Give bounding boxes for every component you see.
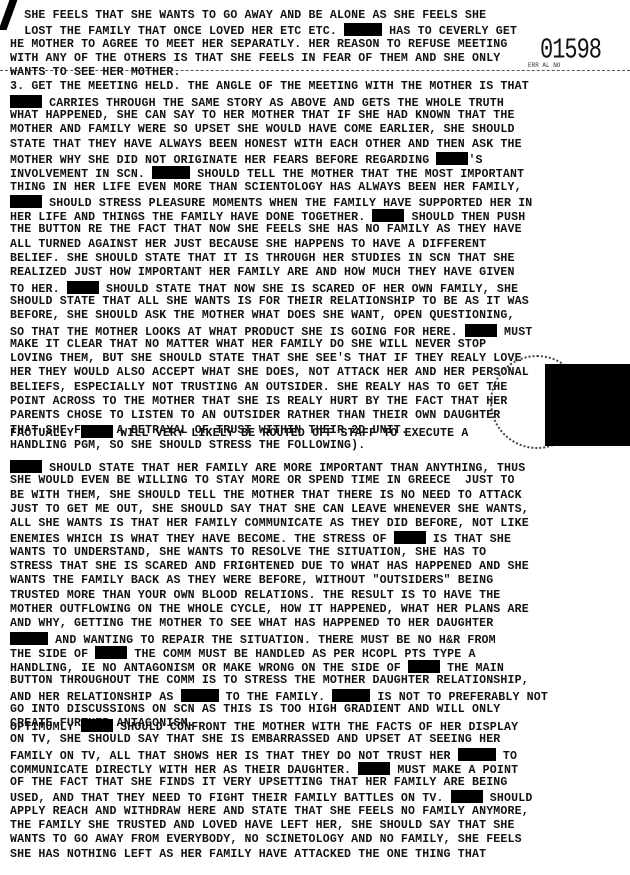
text-line: SHE WOULD EVEN BE WILLING TO STAY MORE O… — [10, 474, 630, 488]
text-segment: SHOULD — [483, 792, 533, 805]
text-line: MOTHER WHY SHE DID NOT ORIGINATE HER FEA… — [10, 152, 630, 166]
document-paragraph-4: OPTIMUMLY SHOULD CONFRONT THE MOTHER WIT… — [10, 719, 630, 862]
redaction-block — [95, 646, 127, 659]
text-segment: PARENTS CHOSE TO LISTEN TO AN OUTSIDER R… — [10, 409, 500, 422]
text-line: WANTS THE FAMILY BACK AS THEY WERE BEFOR… — [10, 574, 630, 588]
text-line: LOST THE FAMILY THAT ONCE LOVED HER ETC … — [10, 23, 630, 37]
redaction-block — [436, 152, 468, 165]
text-segment: SHOULD STATE THAT NOW SHE IS SCARED OF H… — [99, 283, 518, 296]
text-line: USED, AND THAT THEY NEED TO FIGHT THEIR … — [10, 790, 630, 804]
text-segment: OF THE FACT THAT SHE FINDS IT VERY UPSET… — [10, 776, 508, 789]
text-segment: SHOULD STATE THAT ALL SHE WANTS IS FOR T… — [10, 295, 529, 308]
text-line: AND HER RELATIONSHIP AS TO THE FAMILY. I… — [10, 689, 630, 703]
text-line: SHE FEELS THAT SHE WANTS TO GO AWAY AND … — [10, 9, 630, 23]
text-line: BE WITH THEM, SHE SHOULD TELL THE MOTHER… — [10, 489, 630, 503]
text-segment: SHE FEELS THAT SHE WANTS TO GO AWAY AND … — [10, 9, 486, 22]
text-segment: TO THE FAMILY. — [219, 691, 333, 704]
text-line: MOTHER AND FAMILY WERE SO UPSET SHE WOUL… — [10, 123, 630, 137]
text-line: THE FAMILY SHE TRUSTED AND LOVED HAVE LE… — [10, 819, 630, 833]
text-line: OF THE FACT THAT SHE FINDS IT VERY UPSET… — [10, 776, 630, 790]
text-line: COMMUNICATE DIRECTLY WITH HER AS THEIR D… — [10, 762, 630, 776]
text-segment: WANTS TO SEE HER MOTHER. — [10, 66, 181, 79]
text-segment: POINT ACROSS TO THE MOTHER THAT SHE IS R… — [10, 395, 508, 408]
text-line: SHE HAS NOTHING LEFT AS HER FAMILY HAVE … — [10, 848, 630, 862]
text-segment: SHOULD THEN PUSH — [404, 211, 525, 224]
text-segment: LOVING THEM, BUT SHE SHOULD STATE THAT S… — [10, 352, 522, 365]
text-segment: MOTHER OUTFLOWING ON THE WHOLE CYCLE, HO… — [10, 603, 529, 616]
text-line: REALIZED JUST HOW IMPORTANT HER FAMILY A… — [10, 266, 630, 280]
text-line: TRUSTED MORE THAN YOUR OWN BLOOD RELATIO… — [10, 589, 630, 603]
text-segment: GO INTO DISCUSSIONS ON SCN AS THIS IS TO… — [10, 703, 500, 716]
redaction-block — [458, 748, 496, 761]
text-line: SHOULD STATE THAT ALL SHE WANTS IS FOR T… — [10, 295, 630, 309]
redaction-block — [358, 762, 390, 775]
text-line: THE BUTTON RE THE FACT THAT NOW SHE FEEL… — [10, 223, 630, 237]
text-line: SHOULD STATE THAT HER FAMILY ARE MORE IM… — [10, 460, 630, 474]
text-segment: BEFORE, SHE SHOULD ASK THE MOTHER WHAT D… — [10, 309, 515, 322]
text-line: ON TV, SHE SHOULD SAY THAT SHE IS EMBARR… — [10, 733, 630, 747]
text-segment: OPTIMUMLY — [10, 721, 81, 734]
redaction-block — [181, 689, 219, 702]
document-paragraph-3: SHOULD STATE THAT HER FAMILY ARE MORE IM… — [10, 460, 630, 732]
text-segment: MOTHER WHY SHE DID NOT ORIGINATE HER FEA… — [10, 154, 436, 167]
text-segment: WILL VERY LIKELY BE ROUTED OFF STAFF TO … — [113, 427, 468, 440]
text-line: AND WHY, GETTING THE MOTHER TO SEE WHAT … — [10, 617, 630, 631]
redaction-block — [465, 324, 497, 337]
text-segment: CARRIES THROUGH THE SAME STORY AS ABOVE … — [42, 97, 504, 110]
text-segment: WITH ANY OF THE OTHERS IS THAT SHE FEELS… — [10, 52, 500, 65]
text-line: BELIEF. SHE SHOULD STATE THAT IT IS THRO… — [10, 252, 630, 266]
text-segment: WANTS TO GO AWAY FROM EVERYBODY, NO SCIN… — [10, 833, 522, 846]
text-segment: THE SIDE OF — [10, 648, 95, 661]
text-segment: THE FAMILY SHE TRUSTED AND LOVED HAVE LE… — [10, 819, 515, 832]
text-segment: APPLY REACH AND WITHDRAW HERE AND STATE … — [10, 805, 529, 818]
text-line: FAMILY ON TV, ALL THAT SHOWS HER IS THAT… — [10, 748, 630, 762]
text-segment: REALIZED JUST HOW IMPORTANT HER FAMILY A… — [10, 266, 515, 279]
text-segment: HER LIFE AND THINGS THE FAMILY HAVE DONE… — [10, 211, 372, 224]
text-segment: MAKE IT CLEAR THAT NO MATTER WHAT HER FA… — [10, 338, 486, 351]
text-segment: TO HER. — [10, 283, 67, 296]
text-segment: IS NOT TO PREFERABLY NOT — [370, 691, 548, 704]
text-segment: MUST MAKE A POINT — [390, 764, 518, 777]
redaction-block — [332, 689, 370, 702]
text-line: ENEMIES WHICH IS WHAT THEY HAVE BECOME. … — [10, 531, 630, 545]
text-segment: TRUSTED MORE THAN YOUR OWN BLOOD RELATIO… — [10, 589, 500, 602]
text-line: HANDLING, IE NO ANTAGONISM OR MAKE WRONG… — [10, 660, 630, 674]
text-segment: AND WANTING TO REPAIR THE SITUATION. THE… — [48, 634, 496, 647]
redaction-block — [394, 531, 426, 544]
text-segment: SHOULD STATE THAT HER FAMILY ARE MORE IM… — [42, 462, 525, 475]
text-segment: WANTS THE FAMILY BACK AS THEY WERE BEFOR… — [10, 574, 493, 587]
text-segment: THE COMM MUST BE HANDLED AS PER HCOPL PT… — [127, 648, 475, 661]
text-line: BEFORE, SHE SHOULD ASK THE MOTHER WHAT D… — [10, 309, 630, 323]
text-segment: SHOULD TELL THE MOTHER THAT THE MOST IMP… — [190, 168, 524, 181]
text-line: STRESS THAT SHE IS SCARED AND FRIGHTENED… — [10, 560, 630, 574]
text-line: HE MOTHER TO AGREE TO MEET HER SEPARATLY… — [10, 38, 630, 52]
text-segment: WANTS TO UNDERSTAND, SHE WANTS TO RESOLV… — [10, 546, 486, 559]
text-segment: THE MAIN — [440, 662, 504, 675]
text-segment: ENEMIES WHICH IS WHAT THEY HAVE BECOME. … — [10, 533, 394, 546]
text-line: THING IN HER LIFE EVEN MORE THAN SCIENTO… — [10, 181, 630, 195]
text-line: APPLY REACH AND WITHDRAW HERE AND STATE … — [10, 805, 630, 819]
text-segment: BELIEF. SHE SHOULD STATE THAT IT IS THRO… — [10, 252, 515, 265]
redaction-block — [344, 23, 382, 36]
text-line: STATE THAT THEY HAVE ALWAYS BEEN HONEST … — [10, 138, 630, 152]
text-segment: BUTTON THROUGHOUT THE COMM IS TO STRESS … — [10, 674, 529, 687]
text-line: SO THAT THE MOTHER LOOKS AT WHAT PRODUCT… — [10, 324, 630, 338]
text-segment: WHAT HAPPENED, SHE CAN SAY TO HER MOTHER… — [10, 109, 515, 122]
text-segment: IS THAT SHE — [426, 533, 511, 546]
text-segment: 3. GET THE MEETING HELD. THE ANGLE OF TH… — [10, 80, 529, 93]
redaction-block — [10, 460, 42, 473]
redaction-block — [372, 209, 404, 222]
text-segment: AND HER RELATIONSHIP AS — [10, 691, 181, 704]
text-line: THE SIDE OF THE COMM MUST BE HANDLED AS … — [10, 646, 630, 660]
scanned-document-page: SHE FEELS THAT SHE WANTS TO GO AWAY AND … — [0, 0, 630, 875]
text-segment: USED, AND THAT THEY NEED TO FIGHT THEIR … — [10, 792, 451, 805]
redaction-block — [81, 425, 113, 438]
text-line: BUTTON THROUGHOUT THE COMM IS TO STRESS … — [10, 674, 630, 688]
text-segment: LOST THE FAMILY THAT ONCE LOVED HER ETC … — [10, 25, 344, 38]
redaction-block — [10, 195, 42, 208]
text-line: SHOULD STRESS PLEASURE MOMENTS WHEN THE … — [10, 195, 630, 209]
redaction-block — [10, 632, 48, 645]
redaction-block — [152, 166, 190, 179]
text-segment: ALL SHE WANTS IS THAT HER FAMILY COMMUNI… — [10, 517, 529, 530]
text-segment: STATE THAT THEY HAVE ALWAYS BEEN HONEST … — [10, 138, 522, 151]
text-segment: SHE WOULD EVEN BE WILLING TO STAY MORE O… — [10, 474, 515, 487]
text-line: HER LIFE AND THINGS THE FAMILY HAVE DONE… — [10, 209, 630, 223]
text-line: JUST TO GET ME OUT, SHE SHOULD SAY THAT … — [10, 503, 630, 517]
text-segment: FAMILY ON TV, ALL THAT SHOWS HER IS THAT… — [10, 750, 458, 763]
text-segment: SHOULD STRESS PLEASURE MOMENTS WHEN THE … — [42, 197, 532, 210]
text-segment: SHE HAS NOTHING LEFT AS HER FAMILY HAVE … — [10, 848, 486, 861]
redaction-blot — [545, 364, 630, 446]
text-segment: BE WITH THEM, SHE SHOULD TELL THE MOTHER… — [10, 489, 522, 502]
text-segment: JUST TO GET ME OUT, SHE SHOULD SAY THAT … — [10, 503, 529, 516]
text-line: CARRIES THROUGH THE SAME STORY AS ABOVE … — [10, 95, 630, 109]
text-line: WHAT HAPPENED, SHE CAN SAY TO HER MOTHER… — [10, 109, 630, 123]
redaction-block — [81, 719, 113, 732]
text-segment: SHOULD CONFRONT THE MOTHER WITH THE FACT… — [113, 721, 518, 734]
text-segment: COMMUNICATE DIRECTLY WITH HER AS THEIR D… — [10, 764, 358, 777]
text-line: MOTHER OUTFLOWING ON THE WHOLE CYCLE, HO… — [10, 603, 630, 617]
text-segment: AND WHY, GETTING THE MOTHER TO SEE WHAT … — [10, 617, 493, 630]
text-line: INVOLVEMENT IN SCN. SHOULD TELL THE MOTH… — [10, 166, 630, 180]
text-line: AND WANTING TO REPAIR THE SITUATION. THE… — [10, 632, 630, 646]
text-segment: HE MOTHER TO AGREE TO MEET HER SEPARATLY… — [10, 38, 508, 51]
text-segment: BELIEFS, ESPECIALLY NOT TRUSTING AN OUTS… — [10, 381, 508, 394]
text-line: MAKE IT CLEAR THAT NO MATTER WHAT HER FA… — [10, 338, 630, 352]
stamp-caption: ERR AL NO — [528, 62, 560, 69]
text-segment: THING IN HER LIFE EVEN MORE THAN SCIENTO… — [10, 181, 522, 194]
text-segment: MOTHER AND FAMILY WERE SO UPSET SHE WOUL… — [10, 123, 515, 136]
text-segment: TO — [496, 750, 517, 763]
text-segment: HANDLING PGM, SO SHE SHOULD STRESS THE F… — [10, 439, 365, 452]
text-line: WANTS TO GO AWAY FROM EVERYBODY, NO SCIN… — [10, 833, 630, 847]
text-segment: ALL TURNED AGAINST HER JUST BECAUSE SHE … — [10, 238, 486, 251]
text-line: 3. GET THE MEETING HELD. THE ANGLE OF TH… — [10, 80, 630, 94]
text-segment: 'S — [468, 154, 482, 167]
text-segment: THE BUTTON RE THE FACT THAT NOW SHE FEEL… — [10, 223, 522, 236]
text-segment: MUST — [497, 326, 533, 339]
text-line: GO INTO DISCUSSIONS ON SCN AS THIS IS TO… — [10, 703, 630, 717]
redaction-block — [451, 790, 483, 803]
text-segment: SO THAT THE MOTHER LOOKS AT WHAT PRODUCT… — [10, 326, 465, 339]
text-segment: HANDLING, IE NO ANTAGONISM OR MAKE WRONG… — [10, 662, 408, 675]
redaction-block — [67, 281, 99, 294]
text-line: OPTIMUMLY SHOULD CONFRONT THE MOTHER WIT… — [10, 719, 630, 733]
text-segment: HER THEY WOULD ALSO ACCEPT WHAT SHE DOES… — [10, 366, 529, 379]
text-line: WANTS TO UNDERSTAND, SHE WANTS TO RESOLV… — [10, 546, 630, 560]
text-segment: ON TV, SHE SHOULD SAY THAT SHE IS EMBARR… — [10, 733, 500, 746]
text-segment: STRESS THAT SHE IS SCARED AND FRIGHTENED… — [10, 560, 529, 573]
text-line: ALL SHE WANTS IS THAT HER FAMILY COMMUNI… — [10, 517, 630, 531]
text-segment: FACTUALLY — [10, 427, 81, 440]
text-segment: INVOLVEMENT IN SCN. — [10, 168, 152, 181]
text-segment: HAS TO CEVERLY GET — [382, 25, 517, 38]
text-line: TO HER. SHOULD STATE THAT NOW SHE IS SCA… — [10, 281, 630, 295]
redaction-block — [10, 95, 42, 108]
redaction-block — [408, 660, 440, 673]
text-line: ALL TURNED AGAINST HER JUST BECAUSE SHE … — [10, 238, 630, 252]
